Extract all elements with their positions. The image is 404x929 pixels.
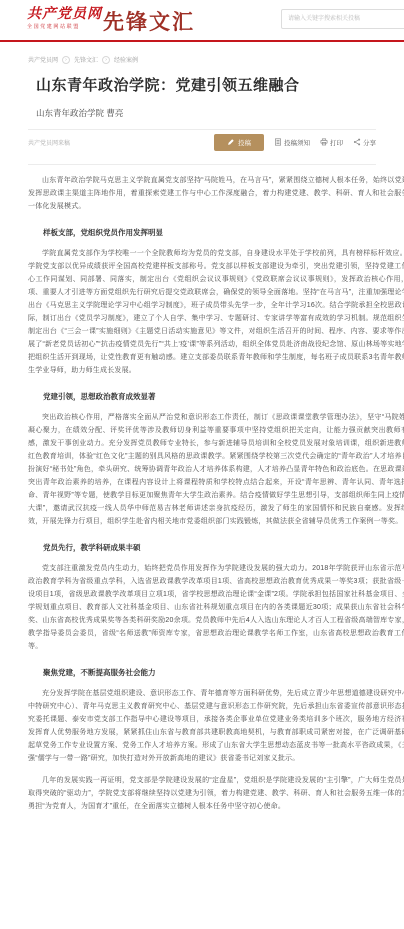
notice-link[interactable]: 投稿须知: [274, 138, 310, 147]
site-logo[interactable]: 共产党员网 全国党建网站联盟: [27, 5, 102, 30]
site-title: 先锋文汇: [103, 6, 195, 36]
print-link[interactable]: 打印: [320, 138, 343, 147]
site-header: 共产党员网 全国党建网站联盟 先锋文汇: [0, 0, 404, 42]
notice-link-label: 投稿须知: [284, 138, 310, 147]
breadcrumb-item-category[interactable]: 经验案例: [114, 55, 138, 64]
divider: [28, 164, 376, 165]
chevron-right-icon: ›: [102, 56, 110, 64]
submit-button[interactable]: 投稿: [214, 134, 264, 151]
paragraph-section-2: 突出政治核心作用，严格落实全面从严治党和意识形态工作责任，制订《思政课课堂教学管…: [28, 411, 404, 528]
article-author: 山东青年政治学院 曹亮: [36, 107, 404, 119]
section-heading-3: 党员先行，教学科研成果丰硕: [28, 542, 404, 553]
article: 山东青年政治学院：党建引领五维融合 山东青年政治学院 曹亮 共产党员网来稿 投稿: [0, 74, 404, 813]
logo-subtext: 全国党建网站联盟: [27, 23, 102, 30]
article-meta-row: 共产党员网来稿 投稿 投稿须知: [28, 130, 376, 154]
section-heading-2: 党建引领，思想政治教育成效显著: [28, 391, 404, 402]
chevron-right-icon: ›: [62, 56, 70, 64]
paragraph-section-3: 党支部注重激发党员内生动力，始终把党员作用发挥作为学院建设发展的强大动力。201…: [28, 562, 404, 653]
logo-text: 共产党员网: [27, 5, 102, 21]
article-toolbar: 投稿 投稿须知 打印: [214, 134, 376, 151]
section-heading-4: 聚焦党建，不断提高服务社会能力: [28, 667, 404, 678]
article-body: 山东青年政治学院马克思主义学院直属党支部坚持“马院姓马，在马言马”，紧紧围绕立德…: [28, 174, 404, 813]
paragraph-conclusion: 几年的发展实践一再证明，党支部是学院建设发展的“定盘星”，党组织是学院建设发展的…: [28, 774, 404, 813]
article-title: 山东青年政治学院：党建引领五维融合: [36, 74, 404, 95]
document-icon: [274, 138, 282, 146]
share-icon: [353, 138, 361, 146]
printer-icon: [320, 138, 328, 146]
page: 共产党员网 全国党建网站联盟 先锋文汇 共产党员网 › 先锋文汇 › 经验案例 …: [0, 0, 404, 813]
paragraph-intro: 山东青年政治学院马克思主义学院直属党支部坚持“马院姓马，在马言马”，紧紧围绕立德…: [28, 174, 404, 213]
share-link-label: 分享: [363, 138, 376, 147]
search-input[interactable]: [281, 9, 404, 29]
pencil-icon: [227, 138, 235, 146]
paragraph-section-1: 学院直属党支部作为学校唯一一个全院教师均为党员的党支部，自身建设水平处于学校前列…: [28, 247, 404, 377]
section-heading-1: 样板支部，党组织党员作用发挥明显: [28, 227, 404, 238]
submit-button-label: 投稿: [238, 138, 251, 147]
breadcrumb-item-home[interactable]: 共产党员网: [28, 55, 58, 64]
article-source: 共产党员网来稿: [28, 138, 70, 147]
print-link-label: 打印: [330, 138, 343, 147]
paragraph-section-4: 充分发挥学院在基层党组织建设、意识形态工作、青年德育等方面科研优势，先后成立青少…: [28, 687, 404, 765]
breadcrumb: 共产党员网 › 先锋文汇 › 经验案例: [28, 55, 404, 64]
breadcrumb-item-section[interactable]: 先锋文汇: [74, 55, 98, 64]
share-link[interactable]: 分享: [353, 138, 376, 147]
